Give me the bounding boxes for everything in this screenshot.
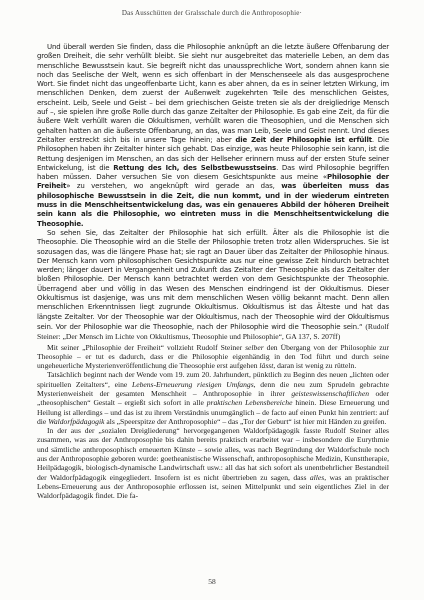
text-segment: So sehen Sie, das Zeitalter der Philosop… xyxy=(37,229,389,331)
paragraph: Und überall werden Sie finden, dass die … xyxy=(37,43,389,229)
text-segment: » zu verstehen, wo angeknüpft wird gerad… xyxy=(66,182,281,190)
text-segment: Waldorfpädagogik xyxy=(48,417,104,426)
text-segment: Und überall werden Sie finden, dass die … xyxy=(37,43,389,144)
text-segment: alles xyxy=(310,473,324,482)
paragraph: In der aus der „sozialen Dreigliederung“… xyxy=(37,426,389,500)
text-segment: Rettung des Ich, des Selbstbewusstseins xyxy=(113,164,276,172)
text-segment: lässt xyxy=(259,361,273,370)
paragraph: So sehen Sie, das Zeitalter der Philosop… xyxy=(37,229,389,343)
text-segment: praktischen Lebensbereiche xyxy=(207,398,293,407)
text-segment: selber xyxy=(245,343,264,352)
page-number: 58 xyxy=(0,577,424,586)
text-segment: Mit seiner „Philosophie der Freiheit“ vo… xyxy=(47,343,245,352)
text-segment: , daran ist wenig zu rütteln. xyxy=(273,361,356,370)
paragraph: Tatsächlich beginnt nach der Wende vom 1… xyxy=(37,370,389,426)
text-segment: als „Speerspitze der Anthroposophie“ – d… xyxy=(104,417,386,426)
text-segment: Lebens-Erneuerung riesigen Umfangs xyxy=(132,380,254,389)
document-page: Das Ausschütten der Gralsschale durch di… xyxy=(0,0,424,600)
text-block: Und überall werden Sie finden, dass die … xyxy=(37,43,389,501)
text-segment: geisteswissenschaftlichen xyxy=(291,389,369,398)
running-header: Das Ausschütten der Gralsschale durch di… xyxy=(0,9,424,17)
paragraph: Mit seiner „Philosophie der Freiheit“ vo… xyxy=(37,343,389,371)
text-segment: die Zeit der Philosophie ist erfüllt xyxy=(235,136,372,144)
